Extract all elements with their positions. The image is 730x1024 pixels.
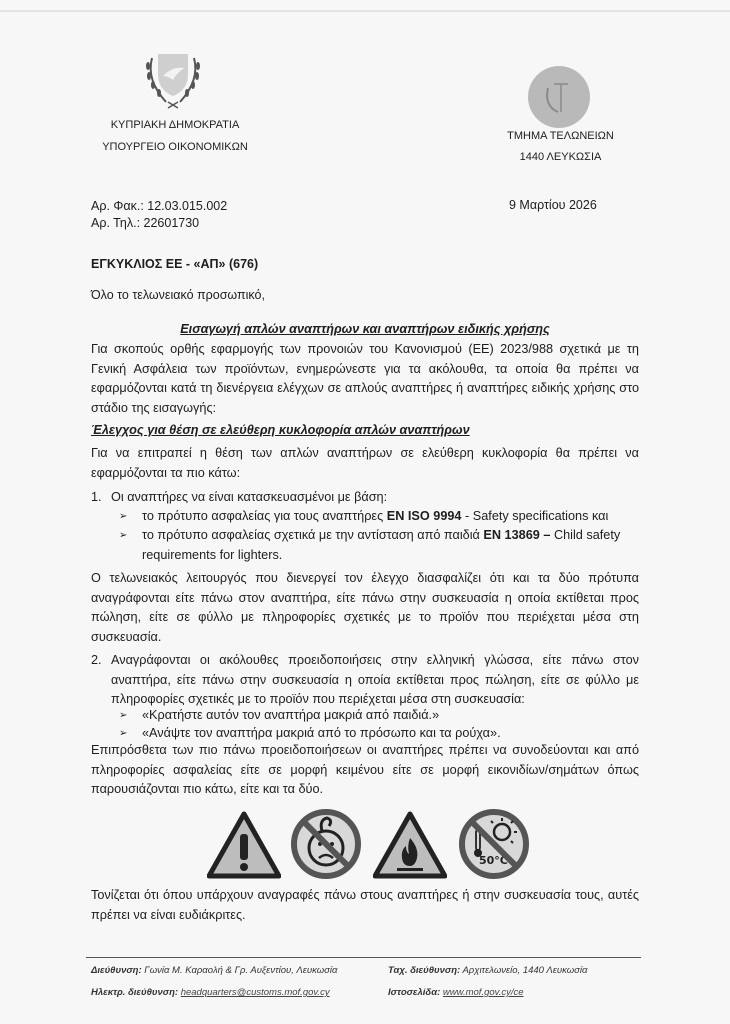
section-intro: Για να επιτραπεί η θέση των απλών αναπτή…: [91, 444, 639, 483]
subject-heading: Εισαγωγή απλών αναπτήρων και αναπτήρων ε…: [91, 322, 639, 336]
item-number: 1.: [91, 488, 102, 508]
item-number: 2.: [91, 651, 102, 671]
keep-away-from-children-icon: [289, 808, 363, 880]
standard-code: EN ISO 9994: [387, 509, 462, 523]
file-number: Αρ. Φακ.: 12.03.015.002: [91, 198, 227, 215]
issuing-authority: ΚΥΠΡΙΑΚΗ ΔΗΜΟΚΡΑΤΙΑ ΥΠΟΥΡΓΕΙΟ ΟΙΚΟΝΟΜΙΚΩ…: [100, 114, 250, 158]
footer-divider: [86, 957, 641, 958]
bullet-item: ➢ το πρότυπο ασφαλείας για τους αναπτήρε…: [119, 507, 639, 527]
website-label: Ιστοσελίδα:: [388, 987, 440, 998]
address-value: Γωνία Μ. Καραολή & Γρ. Αυξεντίου, Λευκωσ…: [142, 965, 338, 976]
postal-value: Αρχιτελωνείο, 1440 Λευκωσία: [460, 965, 587, 976]
standard-code: EN 13869 –: [483, 528, 550, 542]
scan-edge-line: [0, 10, 730, 12]
closing-paragraph: Τονίζεται ότι όπου υπάρχουν αναγραφές πά…: [91, 886, 639, 925]
list-item-1: 1. Οι αναπτήρες να είναι κατασκευασμένοι…: [91, 488, 639, 508]
general-warning-icon: [207, 808, 281, 880]
salutation: Όλο το τελωνειακό προσωπικό,: [91, 288, 265, 302]
footer-website: Ιστοσελίδα: www.mof.gov.cy/ce: [388, 987, 524, 998]
arrow-bullet-icon: ➢: [119, 507, 127, 527]
section-heading: Έλεγχος για θέση σε ελεύθερη κυκλοφορία …: [91, 423, 470, 437]
bullet-text: «Κρατήστε αυτόν τον αναπτήρα μακριά από …: [142, 706, 639, 726]
address-label: Διεύθυνση:: [91, 965, 142, 976]
email-label: Ηλεκτρ. διεύθυνση:: [91, 987, 178, 998]
bullet-item: ➢ «Κρατήστε αυτόν τον αναπτήρα μακριά απ…: [119, 706, 639, 726]
item-text: Αναγράφονται οι ακόλουθες προειδοποιήσει…: [111, 651, 639, 710]
department-block: ΤΜΗΜΑ ΤΕΛΩΝΕΙΩΝ 1440 ΛΕΥΚΩΣΙΑ: [493, 126, 628, 168]
arrow-bullet-icon: ➢: [119, 526, 127, 546]
letter-date: 9 Μαρτίου 2026: [509, 198, 597, 212]
bullet-text: - Safety specifications και: [462, 509, 609, 523]
phone-number: Αρ. Τηλ.: 22601730: [91, 215, 227, 232]
customs-seal-icon: [528, 66, 590, 128]
email-link[interactable]: headquarters@customs.mof.gov.cy: [181, 987, 330, 998]
postal-label: Ταχ. διεύθυνση:: [388, 965, 460, 976]
cyprus-coat-of-arms-icon: [138, 50, 208, 112]
footer-email: Ηλεκτρ. διεύθυνση: headquarters@customs.…: [91, 987, 330, 998]
circular-title: ΕΓΚΥΚΛΙΟΣ ΕΕ - «ΑΠ» (676): [91, 257, 258, 271]
bullet-text: το πρότυπο ασφαλείας σχετικά με την αντί…: [142, 528, 483, 542]
no-heat-above-50c-icon: 50°C: [457, 808, 531, 880]
item-text: Οι αναπτήρες να είναι κατασκευασμένοι με…: [111, 488, 639, 508]
bullet-item: ➢ το πρότυπο ασφαλείας σχετικά με την αν…: [119, 526, 639, 565]
republic-name: ΚΥΠΡΙΑΚΗ ΔΗΜΟΚΡΑΤΙΑ: [100, 114, 250, 136]
department-name: ΤΜΗΜΑ ΤΕΛΩΝΕΙΩΝ: [493, 126, 628, 147]
additional-paragraph: Επιπρόσθετα των πιο πάνω προειδοποιήσεων…: [91, 741, 639, 800]
flammable-warning-icon: [373, 808, 447, 880]
department-city: 1440 ΛΕΥΚΩΣΙΑ: [493, 147, 628, 168]
bullet-text: το πρότυπο ασφαλείας για τους αναπτήρες: [142, 509, 387, 523]
safety-icons-row: 50°C: [207, 808, 537, 880]
ministry-name: ΥΠΟΥΡΓΕΙΟ ΟΙΚΟΝΟΜΙΚΩΝ: [100, 136, 250, 158]
reference-block: Αρ. Φακ.: 12.03.015.002 Αρ. Τηλ.: 226017…: [91, 198, 227, 232]
item-1-followup: Ο τελωνειακός λειτουργός που διενεργεί τ…: [91, 569, 639, 647]
footer-postal: Ταχ. διεύθυνση: Αρχιτελωνείο, 1440 Λευκω…: [388, 965, 587, 976]
intro-paragraph: Για σκοπούς ορθής εφαρμογής των προνοιών…: [91, 340, 639, 418]
footer-address: Διεύθυνση: Γωνία Μ. Καραολή & Γρ. Αυξεντ…: [91, 965, 337, 976]
list-item-2: 2. Αναγράφονται οι ακόλουθες προειδοποιή…: [91, 651, 639, 710]
arrow-bullet-icon: ➢: [119, 706, 127, 726]
website-link[interactable]: www.mof.gov.cy/ce: [443, 987, 524, 998]
circular-letter-page: ΚΥΠΡΙΑΚΗ ΔΗΜΟΚΡΑΤΙΑ ΥΠΟΥΡΓΕΙΟ ΟΙΚΟΝΟΜΙΚΩ…: [0, 0, 730, 1024]
